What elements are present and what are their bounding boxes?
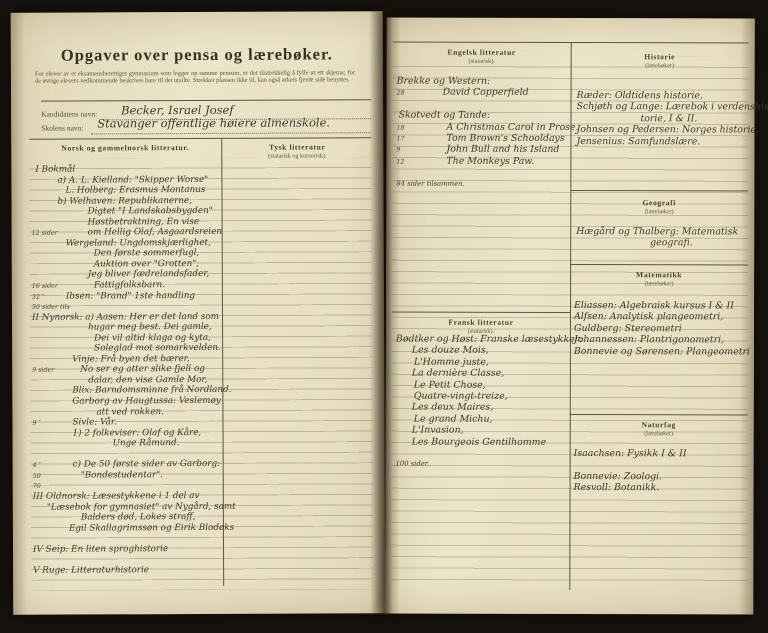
hand-line: 17 Tom Brown's Schooldays <box>396 132 568 144</box>
fransk-entries: Bødtker og Høst: Franske læsestykker: Le… <box>396 334 568 471</box>
hand-line: Skotvedt og Tande: <box>397 110 569 122</box>
hand-line: Digtet "I Landskabsbygden" <box>32 206 222 217</box>
hand-text: I Bokmål <box>31 164 221 175</box>
hand-text: L'Homme juste, <box>396 356 568 368</box>
hand-line: a) A. L. Kielland: "Skipper Worse" <box>31 174 221 185</box>
hand-text: Bonnevie: Zoologi. <box>574 471 746 483</box>
section-title: Naturfag <box>570 420 748 429</box>
norsk-entries: I Bokmål a) A. L. Kielland: "Skipper Wor… <box>31 164 223 576</box>
section-title: Historie <box>571 52 749 61</box>
hand-line: geografi. <box>576 237 746 249</box>
hand-line: 9 John Bull and his Island <box>396 144 568 156</box>
hand-text: Le Petit Chose, <box>396 379 568 391</box>
hand-text: geografi. <box>576 237 746 249</box>
hand-text: Quatre-vingt-treize, <box>396 390 568 402</box>
hand-text: L. Holberg: Erasmus Montanus <box>31 185 221 196</box>
geografi-entries: Hægård og Thalberg: Matematisk geografi. <box>576 226 746 249</box>
hand-line: V Ruge: Litteraturhistorie <box>33 565 223 576</box>
page-fold-shade <box>739 18 755 614</box>
hand-text: Les Bourgeois Gentilhomme <box>396 436 568 448</box>
hand-line: 28 David Copperfield <box>397 87 569 99</box>
hand-line: I Bokmål <box>31 164 221 175</box>
hand-text: 84 sider tilsammen. <box>396 178 568 190</box>
hand-text <box>33 533 223 534</box>
hand-text: Bonnevie og Sørensen: Plangeometri <box>574 346 746 358</box>
hand-line: Les douze Mois, <box>396 345 568 357</box>
hand-line: 84 sider tilsammen. <box>396 178 568 190</box>
hand-line <box>396 447 568 459</box>
hand-text <box>33 480 223 481</box>
hand-text: Wergeland: Ungdomskjærlighet, <box>32 238 222 249</box>
hand-text: torie, I & II. <box>577 113 747 125</box>
section-header-naturfag: Naturfag (lærebøker) <box>570 420 748 437</box>
hand-text: Schjøth og Lange: Lærebok i verdenshis- <box>577 101 747 113</box>
hand-line: L'Invasion, <box>396 425 568 437</box>
hand-line: 12 The Monkeys Paw. <box>396 155 568 167</box>
hand-text: Hægård og Thalberg: Matematisk <box>576 226 746 238</box>
field-line <box>91 132 371 134</box>
hand-line <box>33 554 223 565</box>
page-fold-shade <box>11 13 28 615</box>
hand-text: David Copperfield <box>397 87 569 99</box>
hand-line: 12 sider om Hellig Olaf, Asgaardsreien <box>32 227 222 238</box>
hand-line: Den første sommerfugl, <box>32 248 222 259</box>
section-title: Norsk og gammelnorsk litteratur. <box>29 143 221 153</box>
hand-line: Le grand Michu, <box>396 413 568 425</box>
section-header-norsk: Norsk og gammelnorsk litteratur. <box>29 143 221 153</box>
section-title: Engelsk litteratur <box>393 48 571 57</box>
hand-text <box>33 554 223 555</box>
hand-text: Høstbetraktning, En vise <box>32 217 222 228</box>
hand-text: 100 sider. <box>396 459 568 471</box>
header-divider <box>41 99 371 101</box>
hand-text: Ræder: Oldtidens historie. <box>577 90 747 102</box>
hand-text: La dernière Classe, <box>396 368 568 380</box>
hand-line: Brekke og Western: <box>397 76 569 88</box>
engelsk-entries: Brekke og Western: 28 David Copperfield … <box>396 76 568 190</box>
section-subtitle: (lærebøker) <box>571 62 749 69</box>
hand-text: Jeg bliver fædrelandsfader, <box>32 269 222 280</box>
section-title: Geografi <box>570 198 748 207</box>
hand-text: Johannessen: Plantrigonometri, <box>574 334 746 346</box>
hand-line: torie, I & II. <box>577 113 747 125</box>
hand-line: Høstbetraktning, En vise <box>32 217 222 228</box>
section-header-historie: Historie (lærebøker) <box>571 52 749 69</box>
hand-line: Le Petit Chose, <box>396 379 568 391</box>
hand-line: Eliassen: Algebraisk kursus I & II <box>574 300 746 312</box>
hand-line: La dernière Classe, <box>396 368 568 380</box>
section-subtitle: (statarisk). <box>393 58 571 65</box>
hand-line: Isaachsen: Fysikk I & II <box>574 448 746 460</box>
hand-text: Digtet "I Landskabsbygden" <box>32 206 222 217</box>
hand-line: Alfsen: Analytisk plangeometri, <box>574 311 746 323</box>
hand-text: Isaachsen: Fysikk I & II <box>574 448 746 460</box>
section-title: Tysk litteratur <box>223 142 371 152</box>
section-subtitle: (lærebøker) <box>570 208 748 215</box>
form-subtitle: For elever av et eksamensberettiget gymn… <box>35 69 355 85</box>
hand-line: 18 A Christmas Carol in Prose. <box>396 121 568 133</box>
hand-text: Les douze Mois, <box>396 345 568 357</box>
page-title: Opgaver over pensa og lærebøker. <box>11 44 383 66</box>
hand-text: Jensenius: Samfundslære. <box>576 136 746 148</box>
hand-line: Les Bourgeois Gentilhomme <box>396 436 568 448</box>
hand-line: Quatre-vingt-treize, <box>396 390 568 402</box>
hand-line <box>397 98 569 110</box>
hand-line: b) Welhaven: Republikanerne, <box>31 196 221 207</box>
section-title: Fransk litteratur <box>392 318 570 327</box>
hand-text: Johnsen og Pedersen: Norges historie. <box>576 124 746 136</box>
hand-text: b) Welhaven: Republikanerne, <box>31 196 221 207</box>
section-subtitle: (lærebøker) <box>570 430 748 437</box>
section-header-matematikk: Matematikk (lærebøker) <box>570 270 748 287</box>
hand-line: Wergeland: Ungdomskjærlighet, <box>32 238 222 249</box>
hand-line: Johannessen: Plantrigonometri, <box>574 334 746 346</box>
page-fold-shade <box>369 11 386 613</box>
section-header-fransk: Fransk litteratur (statarisk). <box>392 318 570 335</box>
historie-entries: Ræder: Oldtidens historie. Schjøth og La… <box>576 90 746 147</box>
hand-text: Le grand Michu, <box>396 413 568 425</box>
hand-line: L'Homme juste, <box>396 356 568 368</box>
section-header-tysk: Tysk litteratur (statarisk og kursorisk)… <box>223 142 371 160</box>
hand-line: Guldberg: Stereometri <box>574 323 746 335</box>
hand-line: L. Holberg: Erasmus Montanus <box>31 185 221 196</box>
form-page-left: Opgaver over pensa og lærebøker. For ele… <box>11 11 386 615</box>
hand-text: John Bull and his Island <box>396 144 568 156</box>
hand-line: Jeg bliver fædrelandsfader, <box>32 269 222 280</box>
hand-line: Les deux Maires, <box>396 402 568 414</box>
section-subtitle: (lærebøker) <box>570 280 748 287</box>
hand-text: Resvoll: Botanikk. <box>574 482 746 494</box>
hand-text <box>33 449 223 450</box>
hand-text <box>32 301 222 302</box>
hand-text: Les deux Maires, <box>396 402 568 414</box>
scanned-document: { "colors": { "paper": "#e9e0c3", "paper… <box>0 0 768 633</box>
hand-text: Tom Brown's Schooldays <box>396 132 568 144</box>
hand-line: Auktion over "Grotten", <box>32 259 222 270</box>
field-value-school-name: Stavanger offentlige høiere almenskole. <box>97 115 330 130</box>
hand-text: Auktion over "Grotten", <box>32 259 222 270</box>
hand-line <box>574 459 746 471</box>
hand-line: Bødtker og Høst: Franske læsestykker: <box>396 334 568 346</box>
hand-text: Brekke og Western: <box>397 76 569 88</box>
table-top-border <box>29 137 371 139</box>
hand-text: Den første sommerfugl, <box>32 248 222 259</box>
hand-line: Johnsen og Pedersen: Norges historie. <box>576 124 746 136</box>
field-label-school-name: Skolens navn: <box>41 123 83 132</box>
hand-line: Schjøth og Lange: Lærebok i verdenshis- <box>577 101 747 113</box>
hand-text: A Christmas Carol in Prose. <box>396 121 568 133</box>
hand-text: om Hellig Olaf, Asgaardsreien <box>32 227 222 238</box>
hand-text: V Ruge: Litteraturhistorie <box>33 565 223 576</box>
hand-line: Jensenius: Samfundslære. <box>576 136 746 148</box>
hand-line: Ræder: Oldtidens historie. <box>577 90 747 102</box>
section-title: Matematikk <box>570 270 748 279</box>
hand-text: Skotvedt og Tande: <box>397 110 569 122</box>
hand-text: a) A. L. Kielland: "Skipper Worse" <box>31 174 221 185</box>
section-subtitle: (statarisk og kursorisk). <box>223 152 371 160</box>
matematikk-entries: Eliassen: Algebraisk kursus I & II Alfse… <box>574 300 746 357</box>
section-header-engelsk: Engelsk litteratur (statarisk). <box>393 48 571 65</box>
section-header-geografi: Geografi (lærebøker) <box>570 198 748 215</box>
naturfag-entries: Isaachsen: Fysikk I & II Bonnevie: Zoolo… <box>574 448 746 494</box>
hand-line: Bonnevie: Zoologi. <box>574 471 746 483</box>
hand-text: Eliassen: Algebraisk kursus I & II <box>574 300 746 312</box>
hand-line: 100 sider. <box>396 459 568 471</box>
hand-text: Alfsen: Analytisk plangeometri, <box>574 311 746 323</box>
hand-line: Resvoll: Botanikk. <box>574 482 746 494</box>
hand-line <box>396 167 568 179</box>
hand-line: Bonnevie og Sørensen: Plangeometri <box>574 346 746 358</box>
hand-line: Hægård og Thalberg: Matematisk <box>576 226 746 238</box>
hand-text: The Monkeys Paw. <box>396 155 568 167</box>
hand-text: Guldberg: Stereometri <box>574 323 746 335</box>
hand-text: L'Invasion, <box>396 425 568 437</box>
form-page-right: Engelsk litteratur (statarisk). Brekke o… <box>385 18 755 615</box>
field-label-candidate-name: Kandidatens navn: <box>41 109 97 118</box>
hand-text: Bødtker og Høst: Franske læsestykker: <box>396 334 568 346</box>
